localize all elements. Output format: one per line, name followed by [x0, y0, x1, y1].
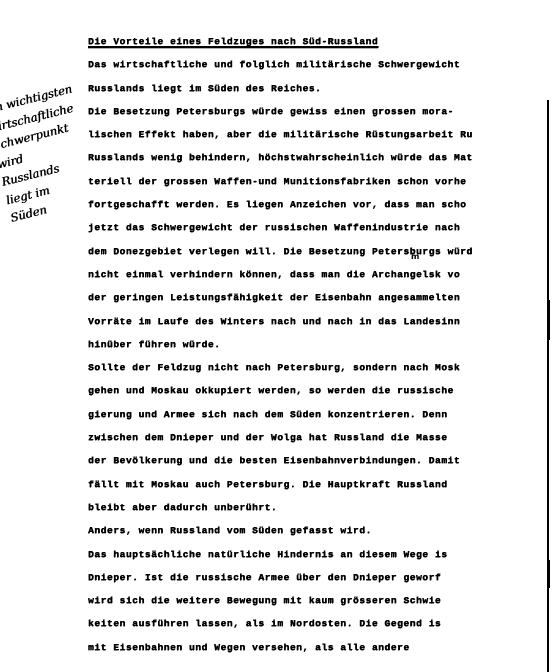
text-line: gierung und Armee sich nach dem Süden ko…: [88, 403, 552, 426]
text-line: Russlands liegt im Süden des Reiches.: [88, 77, 552, 100]
text-line: nicht einmal verhindern können, dass man…: [88, 263, 552, 286]
typewritten-body: Die Vorteile eines Feldzuges nach Süd-Ru…: [88, 30, 552, 659]
insertion-mark: m: [411, 252, 419, 261]
text-line: jetzt das Schwergewicht der russischen W…: [88, 216, 552, 239]
text-line: teriell der grossen Waffen-und Munitions…: [88, 170, 552, 193]
insertion-mark: ,: [432, 246, 435, 255]
page-edge-mark: [549, 300, 550, 340]
text-line: lischen Effekt haben, aber die militäris…: [88, 123, 552, 146]
text-line: Russlands wenig behindern, höchstwahrsch…: [88, 146, 552, 169]
document-title: Die Vorteile eines Feldzuges nach Süd-Ru…: [88, 30, 552, 53]
text-line: mit Eisenbahnen und Wegen versehen, als …: [88, 636, 552, 659]
document-page: Am wichtigsten wirtschaftliche Schwerpun…: [0, 0, 552, 672]
text-line: der Bevölkerung und die besten Eisenbahn…: [88, 449, 552, 472]
text-line: Anders, wenn Russland vom Süden gefasst …: [88, 519, 552, 542]
text-line: bleibt aber dadurch unberührt.: [88, 496, 552, 519]
text-line: keiten ausführen lassen, als im Nordoste…: [88, 612, 552, 635]
text-line: zwischen dem Dnieper und der Wolga hat R…: [88, 426, 552, 449]
page-edge-mark: [549, 560, 550, 588]
text-line: gehen und Moskau okkupiert werden, so we…: [88, 379, 552, 402]
text-line: fällt mit Moskau auch Petersburg. Die Ha…: [88, 473, 552, 496]
text-line: Das hauptsächliche natürliche Hindernis …: [88, 543, 552, 566]
text-line: Vorräte im Laufe des Winters nach und na…: [88, 310, 552, 333]
text-line: hinüber führen würde.: [88, 333, 552, 356]
text-line: fortgeschafft werden. Es liegen Anzeiche…: [88, 193, 552, 216]
text-line: Dnieper. Ist die russische Armee über de…: [88, 566, 552, 589]
text-line: Das wirtschaftliche und folglich militär…: [88, 53, 552, 76]
text-line: dem Donezgebiet verlegen will. Die Beset…: [88, 240, 552, 263]
handwritten-margin-note: Am wichtigsten wirtschaftliche Schwerpun…: [0, 82, 98, 257]
text-line: Sollte der Feldzug nicht nach Petersburg…: [88, 356, 552, 379]
text-line: wird sich die weitere Bewegung mit kaum …: [88, 589, 552, 612]
text-line: Die Besetzung Petersburgs würde gewiss e…: [88, 100, 552, 123]
text-line: der geringen Leistungsfähigkeit der Eise…: [88, 286, 552, 309]
